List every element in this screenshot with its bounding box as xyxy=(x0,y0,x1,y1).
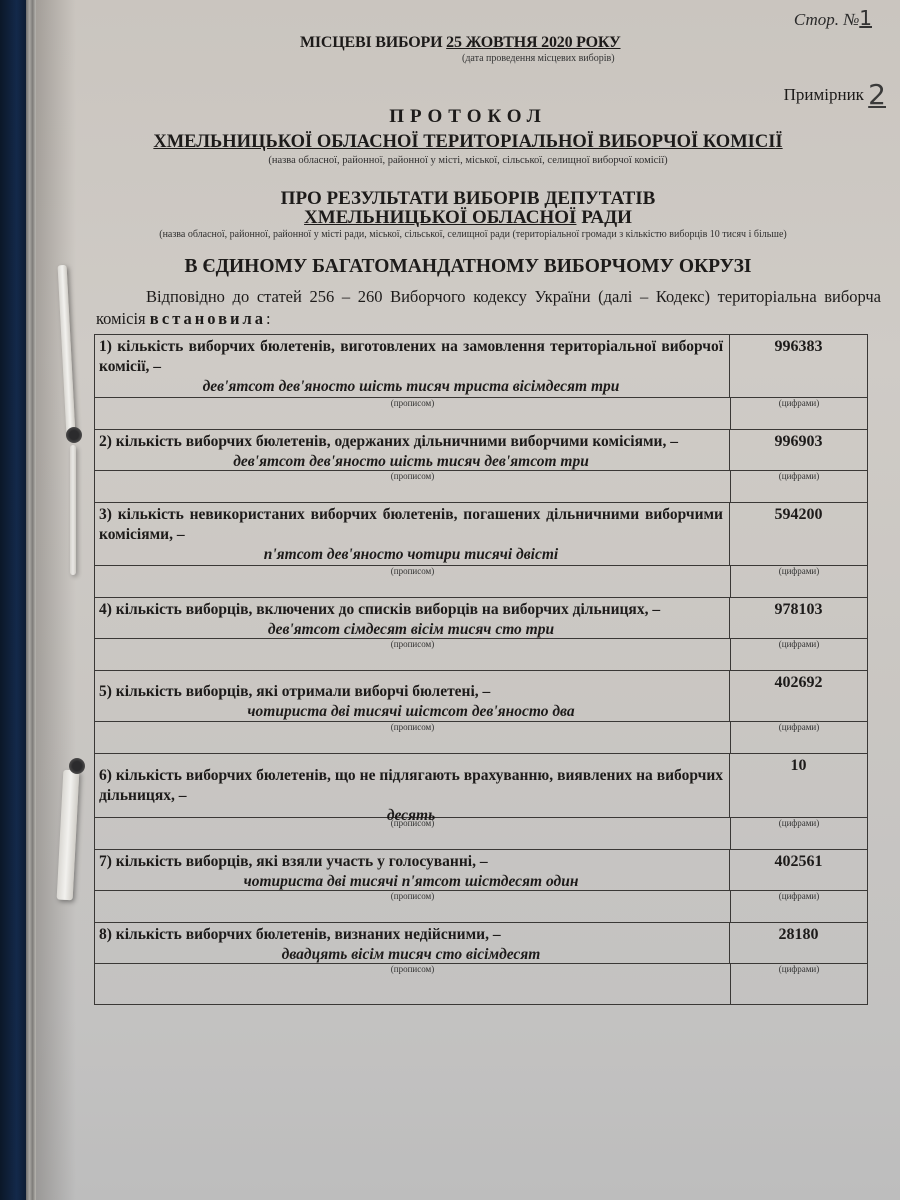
item-description: 3) кількість невикористаних виборчих бюл… xyxy=(99,505,723,545)
in-words-caption: (прописом) xyxy=(95,398,730,408)
item-value-in-words: двадцять вісім тисяч сто вісімдесят xyxy=(99,946,723,964)
council-suffix: РАДИ xyxy=(576,207,632,228)
item-value-in-words: чотириста дві тисячі п'ятсот шістдесят о… xyxy=(99,873,723,891)
copy-label: Примірник xyxy=(784,85,864,104)
item-value-digits: 594200 xyxy=(730,503,867,524)
item-value-cell: 402561 xyxy=(730,850,867,890)
table-row: 3) кількість невикористаних виборчих бюл… xyxy=(95,503,867,566)
elections-date: 25 ЖОВТНЯ 2020 РОКУ xyxy=(446,34,620,51)
intro-emphasis: встановила xyxy=(150,309,266,328)
council-name: ХМЕЛЬНИЦЬКОЇ ОБЛАСНОЇ РАДИ xyxy=(36,207,900,229)
table-row: 1) кількість виборчих бюлетенів, виготов… xyxy=(95,335,867,398)
in-words-caption: (прописом) xyxy=(95,891,730,901)
intro-end: : xyxy=(266,309,271,328)
item-description-cell: 2) кількість виборчих бюлетенів, одержан… xyxy=(95,430,730,470)
item-value-digits: 978103 xyxy=(730,598,867,619)
item-description: 1) кількість виборчих бюлетенів, виготов… xyxy=(99,337,723,377)
table-row-caption: (прописом)(цифрами) xyxy=(95,818,867,850)
item-description-cell: 1) кількість виборчих бюлетенів, виготов… xyxy=(95,335,730,397)
item-value-digits: 402561 xyxy=(730,850,867,871)
item-description-cell: 6) кількість виборчих бюлетенів, що не п… xyxy=(95,754,730,817)
table-row: 2) кількість виборчих бюлетенів, одержан… xyxy=(95,430,867,471)
item-description: 5) кількість виборців, які отримали вибо… xyxy=(99,682,723,702)
item-description-cell: 4) кількість виборців, включених до спис… xyxy=(95,598,730,638)
item-value-digits: 996383 xyxy=(730,335,867,356)
table-row: 4) кількість виборців, включених до спис… xyxy=(95,598,867,639)
item-description-cell: 7) кількість виборців, які взяли участь … xyxy=(95,850,730,890)
item-value-in-words: п'ятсот дев'яносто чотири тисячі двісті xyxy=(99,546,723,564)
item-value-in-words: дев'ятсот дев'яносто шість тисяч дев'ятс… xyxy=(99,453,723,471)
folder-cover xyxy=(0,0,28,1200)
item-value-in-words: дев'ятсот дев'яносто шість тисяч триста … xyxy=(99,378,723,396)
table-row: 5) кількість виборців, які отримали вибо… xyxy=(95,671,867,722)
table-row: 8) кількість виборчих бюлетенів, визнани… xyxy=(95,923,867,964)
punch-hole-icon xyxy=(66,427,82,443)
commission-note: (назва обласної, районної, районної у мі… xyxy=(36,155,900,166)
item-value-cell: 28180 xyxy=(730,923,867,963)
in-words-caption: (прописом) xyxy=(95,722,730,732)
in-digits-caption: (цифрами) xyxy=(731,722,867,732)
item-value-cell: 10 xyxy=(730,754,867,817)
in-digits-caption: (цифрами) xyxy=(731,398,867,408)
in-words-caption: (прописом) xyxy=(95,818,730,828)
protocol-title: ПРОТОКОЛ xyxy=(36,106,900,128)
in-digits-caption: (цифрами) xyxy=(731,964,867,974)
item-description: 7) кількість виборців, які взяли участь … xyxy=(99,852,723,872)
table-row-caption: (прописом)(цифрами) xyxy=(95,639,867,671)
item-description: 6) кількість виборчих бюлетенів, що не п… xyxy=(99,766,723,806)
in-digits-caption: (цифрами) xyxy=(731,891,867,901)
in-digits-caption: (цифрами) xyxy=(731,818,867,828)
commission-name: ХМЕЛЬНИЦЬКОЇ ОБЛАСНОЇ ТЕРИТОРІАЛЬНОЇ ВИБ… xyxy=(36,132,900,153)
table-row-caption: (прописом)(цифрами) xyxy=(95,722,867,754)
elections-title: МІСЦЕВІ ВИБОРИ xyxy=(300,34,442,51)
in-digits-caption: (цифрами) xyxy=(731,639,867,649)
item-value-cell: 996383 xyxy=(730,335,867,397)
in-words-caption: (прописом) xyxy=(95,566,730,576)
item-value-in-words: дев'ятсот сімдесят вісім тисяч сто три xyxy=(99,621,723,639)
table-row-caption: (прописом)(цифрами) xyxy=(95,471,867,503)
item-value-cell: 402692 xyxy=(730,671,867,721)
in-digits-caption: (цифрами) xyxy=(731,471,867,481)
item-value-digits: 996903 xyxy=(730,430,867,451)
item-value-cell: 978103 xyxy=(730,598,867,638)
page-number: Стор. №1 xyxy=(794,6,872,30)
elections-date-note: (дата проведення місцевих виборів) xyxy=(462,53,615,64)
item-value-digits: 28180 xyxy=(730,923,867,944)
item-description: 8) кількість виборчих бюлетенів, визнани… xyxy=(99,925,723,945)
in-words-caption: (прописом) xyxy=(95,471,730,481)
commission-name-text: ХМЕЛЬНИЦЬКОЇ ОБЛАСНОЇ ТЕРИТОРІАЛЬНОЇ ВИБ… xyxy=(153,132,782,152)
item-value-in-words: чотириста дві тисячі шістсот дев'яносто … xyxy=(99,703,723,721)
elections-heading: МІСЦЕВІ ВИБОРИ 25 ЖОВТНЯ 2020 РОКУ xyxy=(300,34,621,52)
item-description-cell: 8) кількість виборчих бюлетенів, визнани… xyxy=(95,923,730,963)
council-note: (назва обласної, районної, районної у мі… xyxy=(46,229,900,240)
council-name-text: ХМЕЛЬНИЦЬКОЇ ОБЛАСНОЇ xyxy=(304,207,576,228)
district-title: В ЄДИНОМУ БАГАТОМАНДАТНОМУ ВИБОРЧОМУ ОКР… xyxy=(36,256,900,278)
item-value-digits: 402692 xyxy=(730,671,867,692)
table-row: 7) кількість виборців, які взяли участь … xyxy=(95,850,867,891)
in-words-caption: (прописом) xyxy=(95,964,730,974)
punch-hole-icon xyxy=(69,758,85,774)
item-value-cell: 996903 xyxy=(730,430,867,470)
item-value-digits: 10 xyxy=(730,754,867,775)
table-row-caption: (прописом)(цифрами) xyxy=(95,891,867,923)
page-number-value: 1 xyxy=(859,6,872,30)
table-row: 6) кількість виборчих бюлетенів, що не п… xyxy=(95,754,867,818)
results-table: 1) кількість виборчих бюлетенів, виготов… xyxy=(94,334,868,1005)
intro-paragraph: Відповідно до статей 256 – 260 Виборчого… xyxy=(96,286,881,330)
item-description: 2) кількість виборчих бюлетенів, одержан… xyxy=(99,432,723,452)
table-row-caption: (прописом)(цифрами) xyxy=(95,964,867,1005)
item-description-cell: 5) кількість виборців, які отримали вибо… xyxy=(95,671,730,721)
item-description: 4) кількість виборців, включених до спис… xyxy=(99,600,723,620)
item-description-cell: 3) кількість невикористаних виборчих бюл… xyxy=(95,503,730,565)
item-value-cell: 594200 xyxy=(730,503,867,565)
in-words-caption: (прописом) xyxy=(95,639,730,649)
page-number-label: Стор. № xyxy=(794,10,859,29)
table-row-caption: (прописом)(цифрами) xyxy=(95,398,867,430)
table-row-caption: (прописом)(цифрами) xyxy=(95,566,867,598)
in-digits-caption: (цифрами) xyxy=(731,566,867,576)
binding-string-top-tail xyxy=(70,445,76,575)
